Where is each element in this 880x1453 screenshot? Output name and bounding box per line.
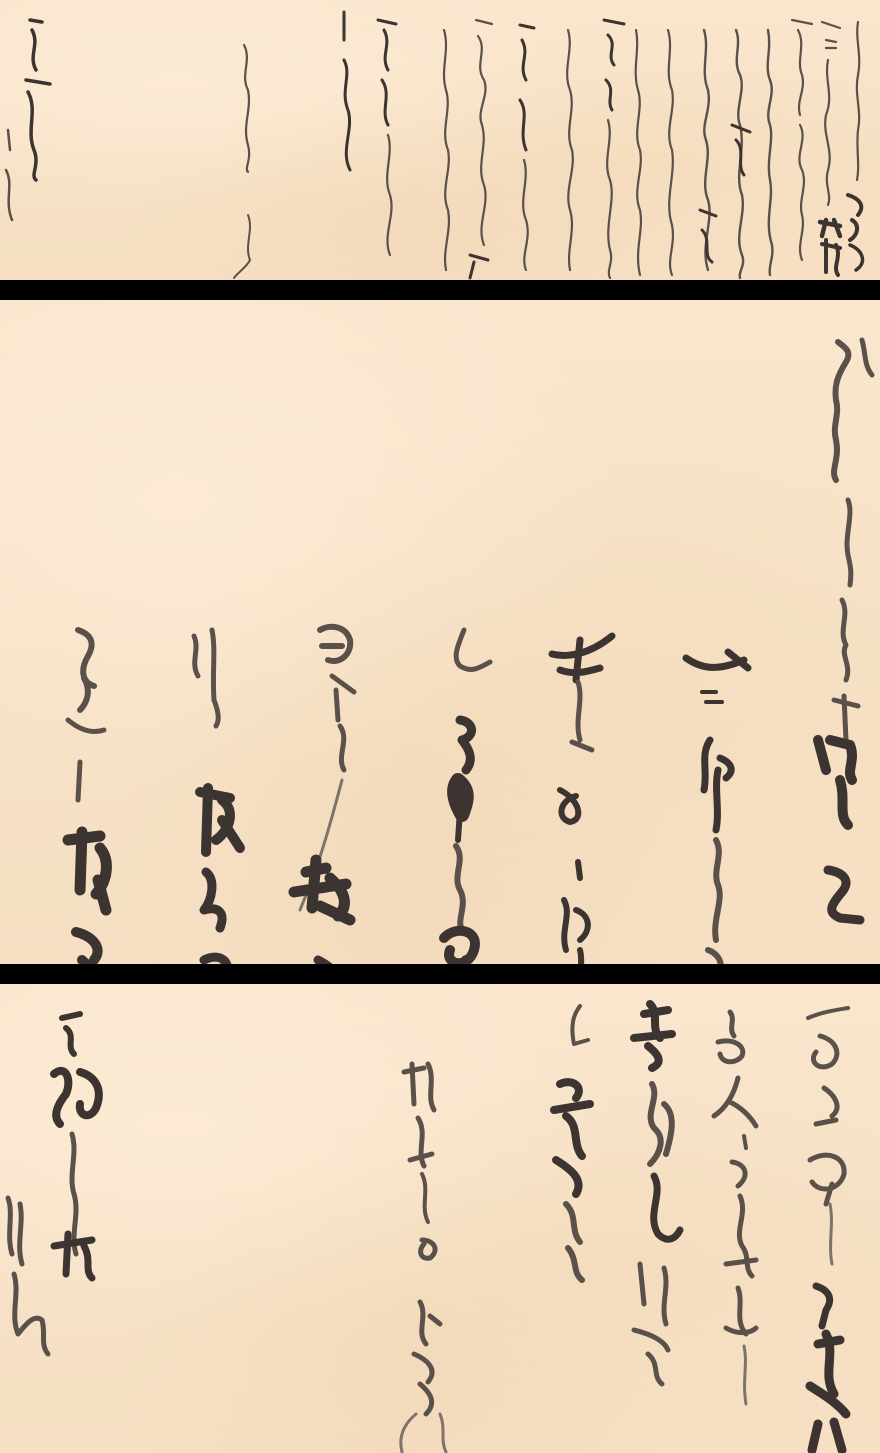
overview-calligraphy <box>0 0 880 280</box>
detail-left-panel: Enlarged detail – left section (closing … <box>0 984 880 1453</box>
detail-right-panel: Enlarged detail – right section (opening… <box>0 300 880 964</box>
detail-right-calligraphy <box>0 300 880 964</box>
detail-left-calligraphy <box>0 984 880 1453</box>
overview-panel: Full letter overview <box>0 0 880 280</box>
panel-separator-1 <box>0 280 880 300</box>
panel-separator-2 <box>0 964 880 984</box>
